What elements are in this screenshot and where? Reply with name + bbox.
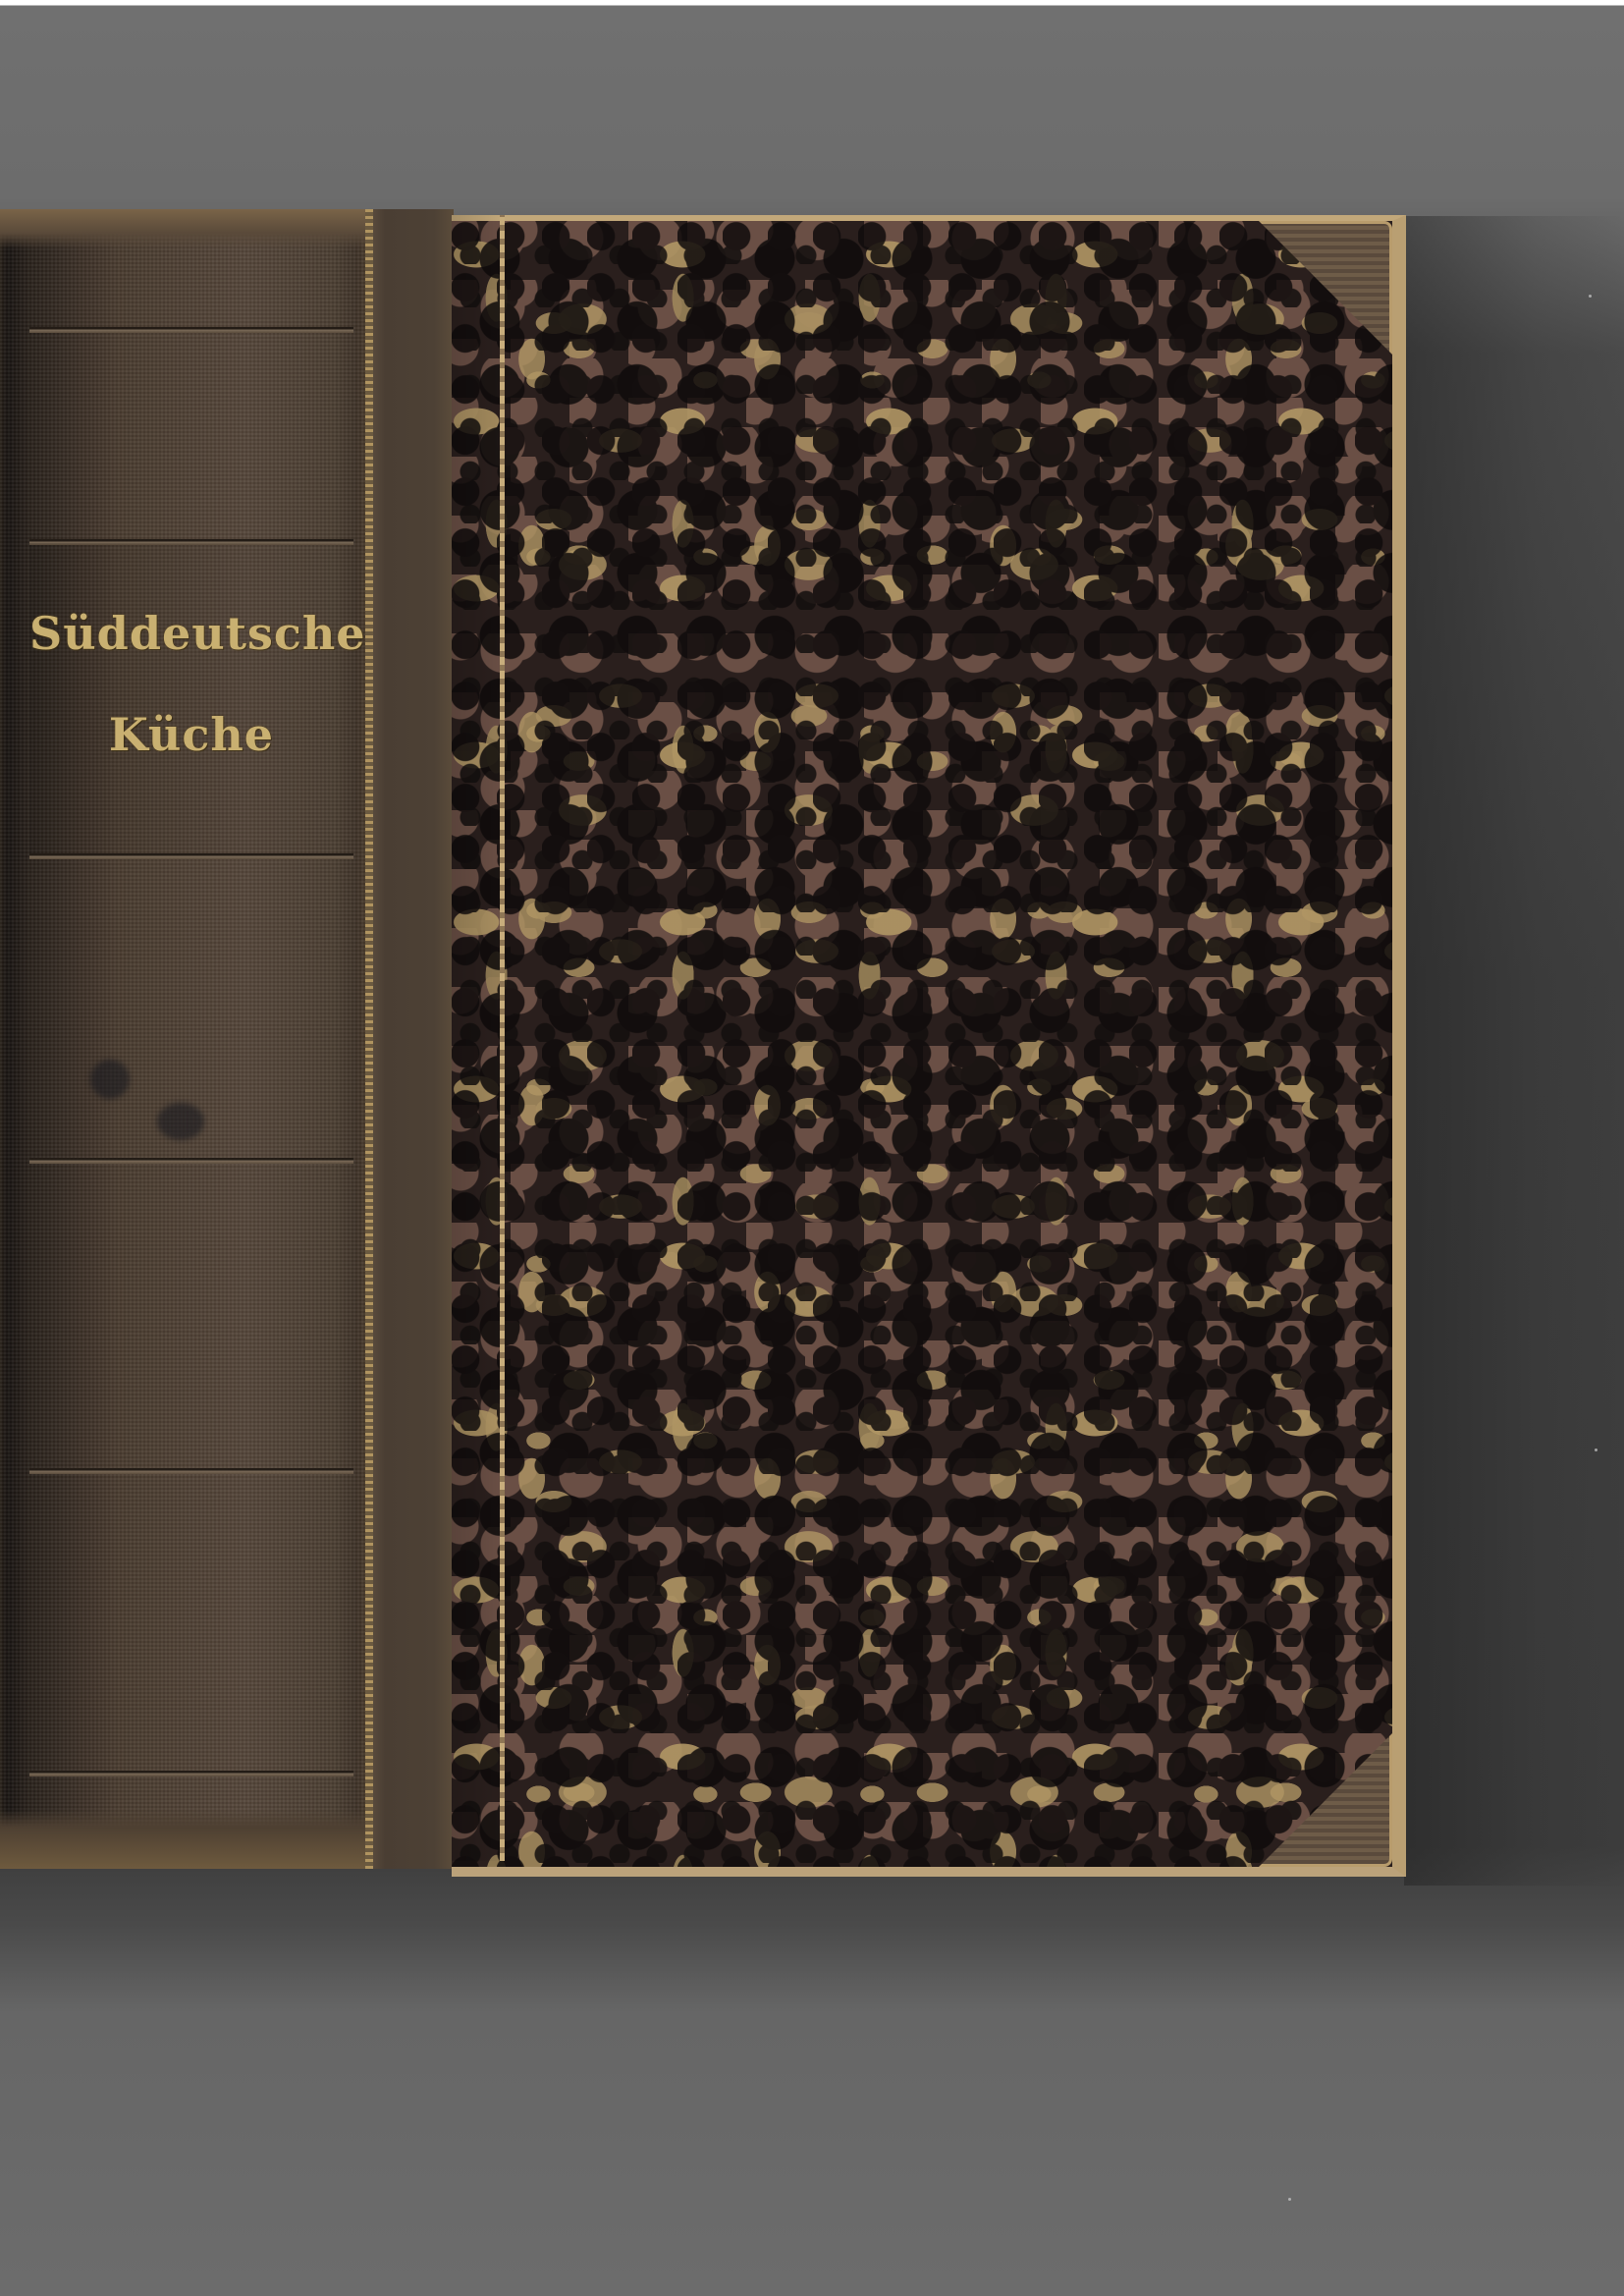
spine-title-line-1: Süddeutsche xyxy=(29,607,353,660)
spine-band xyxy=(29,1158,353,1164)
spine-stain xyxy=(90,1060,130,1099)
worn-corner-bottom-right xyxy=(1259,1733,1392,1867)
board-left-edge xyxy=(452,215,505,1861)
spine-title-line-2: Küche xyxy=(29,708,353,761)
dust-speck xyxy=(1288,2198,1291,2201)
worn-corner-top-right xyxy=(1259,221,1392,355)
book-spine: Süddeutsche Küche xyxy=(0,209,365,1869)
marbled-front-board xyxy=(452,215,1406,1877)
spine-bottom-wear xyxy=(0,1810,365,1869)
spine-band xyxy=(29,1468,353,1474)
spine-stain xyxy=(157,1103,204,1140)
dust-speck xyxy=(1595,1449,1597,1451)
dust-speck xyxy=(1589,295,1592,298)
spine-band xyxy=(29,1771,353,1777)
cloth-hinge-strip xyxy=(365,209,454,1869)
scanned-page: Süddeutsche Küche xyxy=(0,0,1624,2296)
spine-label-panel xyxy=(29,543,353,855)
spine-top-wear xyxy=(0,209,365,248)
book: Süddeutsche Küche xyxy=(0,209,1399,1869)
book-shadow xyxy=(1404,216,1624,1886)
spine-band xyxy=(29,853,353,859)
spine-band xyxy=(29,327,353,333)
